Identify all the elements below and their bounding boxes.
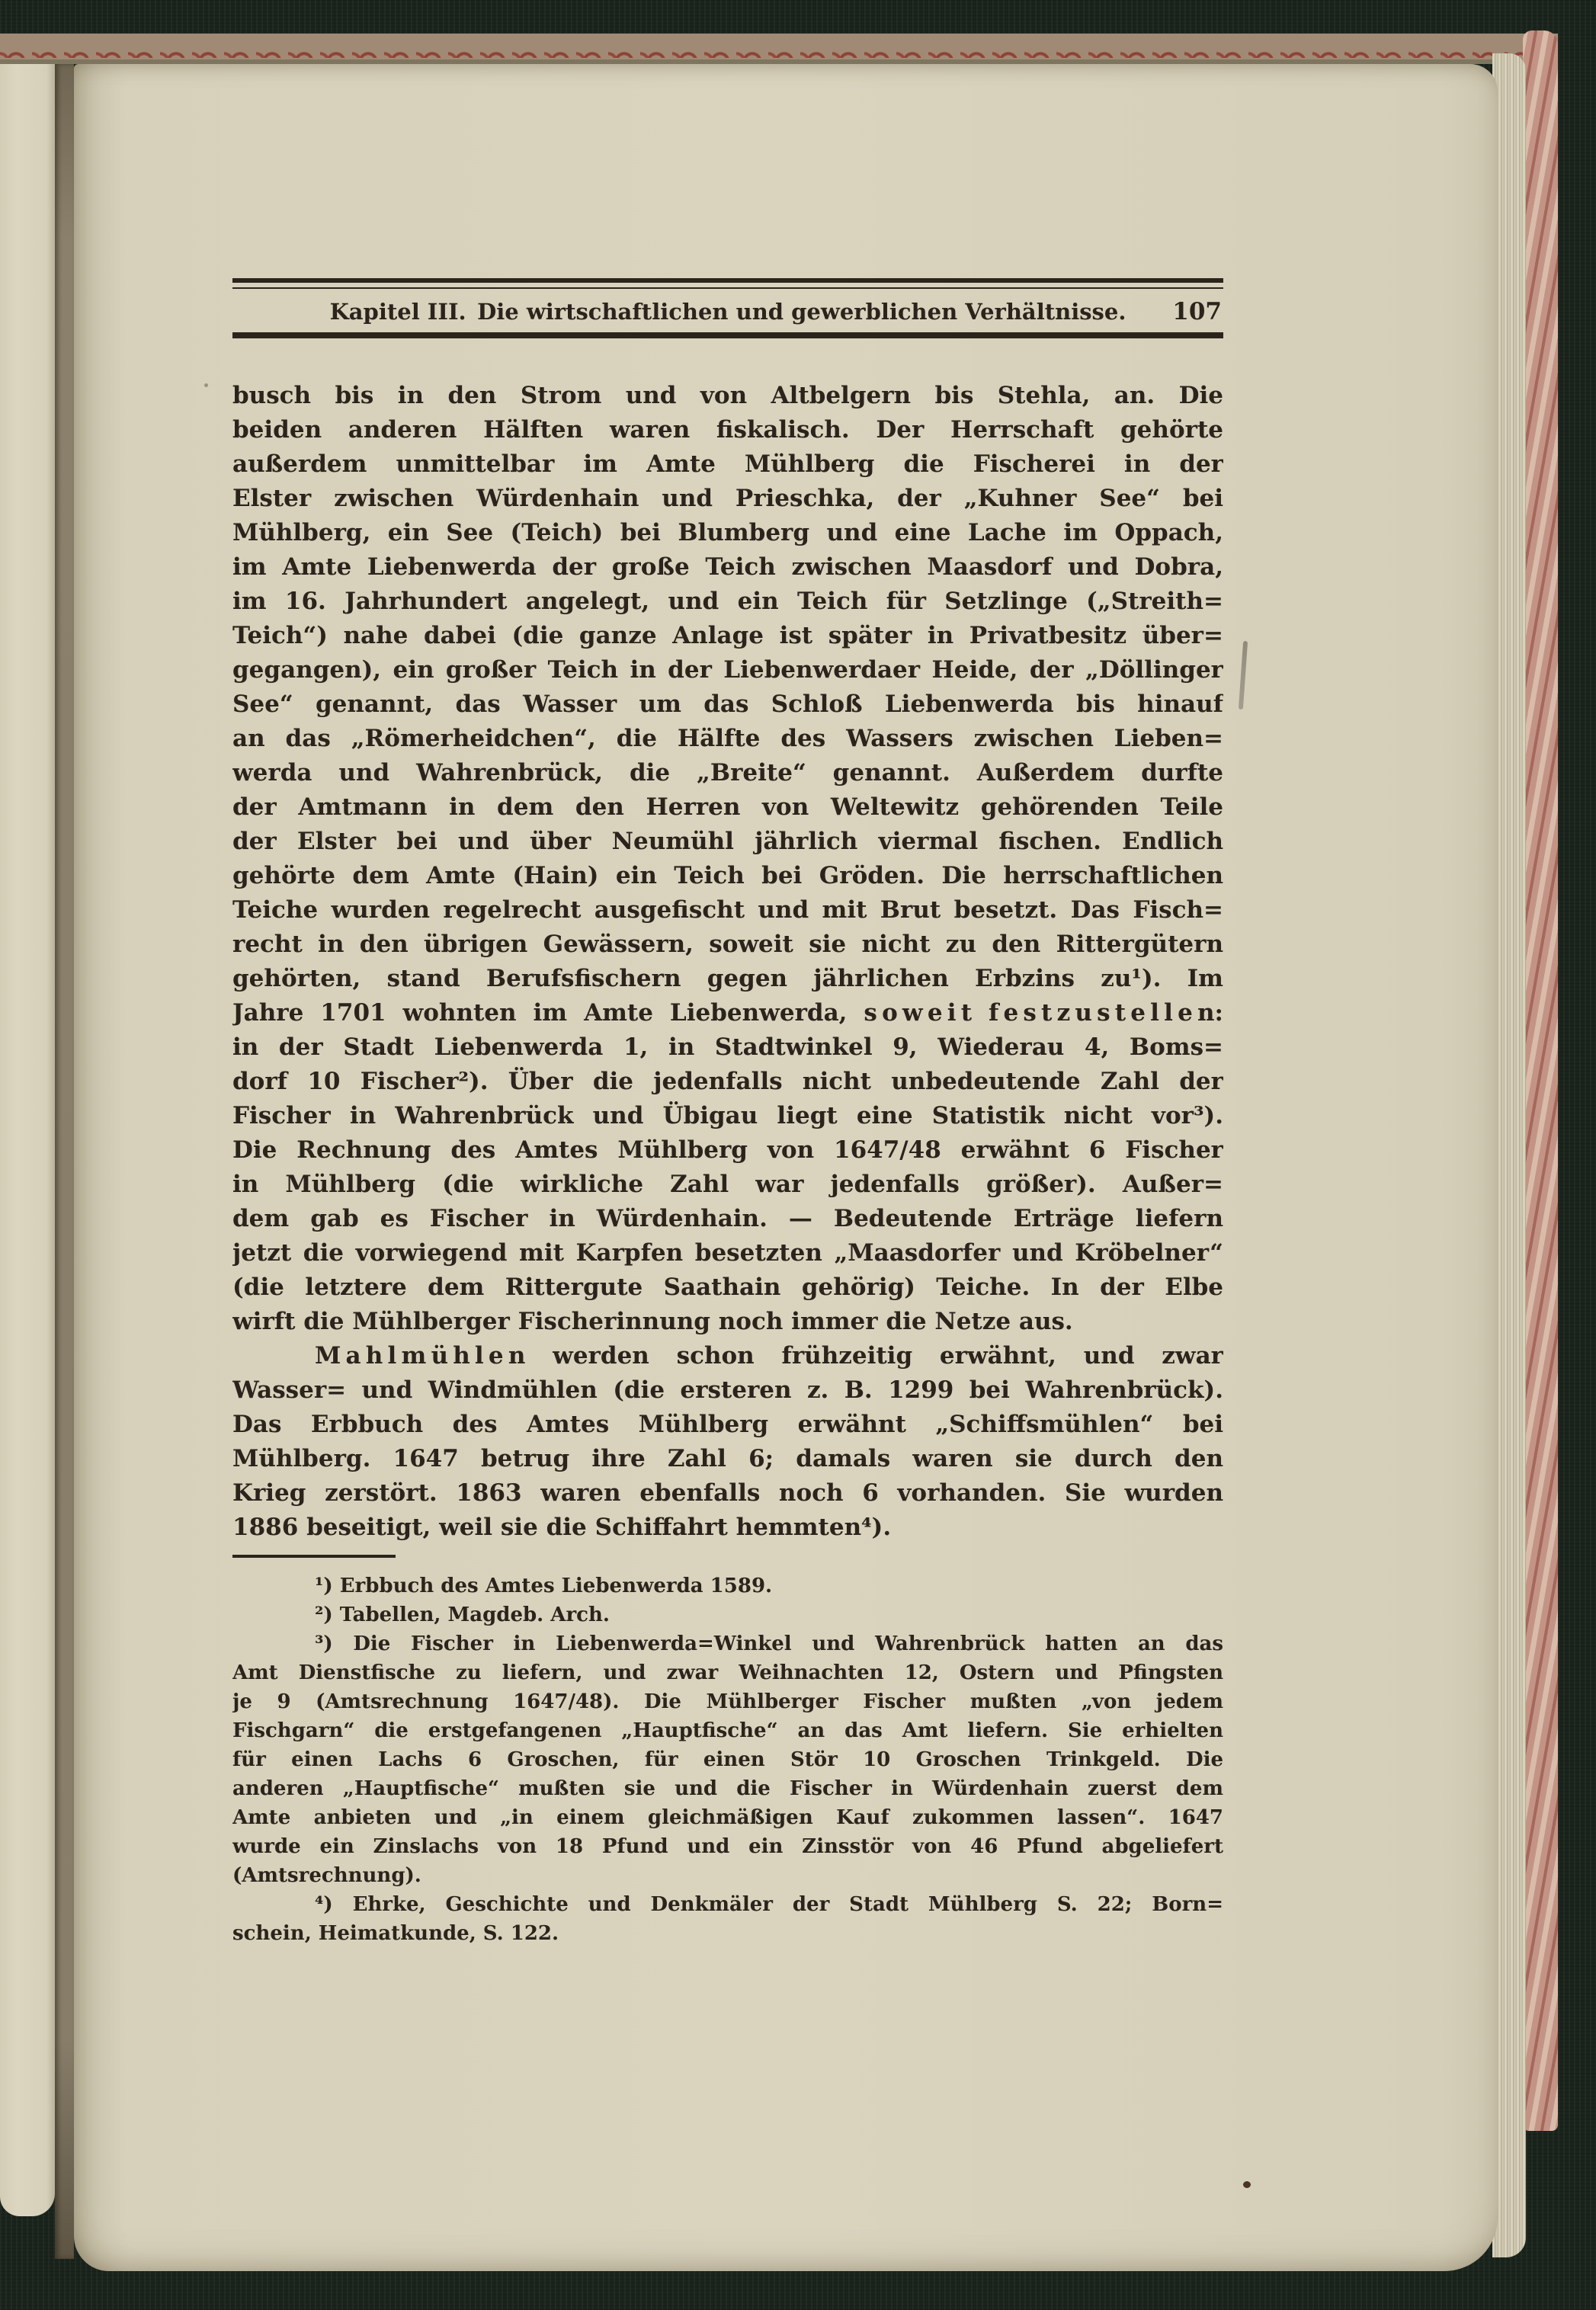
text-line: der Elster bei und über Neumühl jährlich… bbox=[232, 825, 1223, 859]
footnote-separator-rule bbox=[232, 1555, 396, 1558]
text-line: Krieg zerstört. 1863 waren ebenfalls noc… bbox=[232, 1476, 1223, 1511]
page-number: 107 bbox=[1172, 292, 1222, 332]
text-line: Das Erbbuch des Amtes Mühlberg erwähnt „… bbox=[232, 1408, 1223, 1442]
book-cover-right-edge bbox=[1523, 30, 1558, 2131]
text-line: (Amtsrechnung). bbox=[232, 1861, 1223, 1890]
text-line: beiden anderen Hälften waren fiskalisch.… bbox=[232, 413, 1223, 447]
text-line: außerdem unmittelbar im Amte Mühlberg di… bbox=[232, 447, 1223, 482]
text-line: ⁴) Ehrke, Geschichte und Denkmäler der S… bbox=[232, 1890, 1223, 1919]
text-line: je 9 (Amtsrechnung 1647/48). Die Mühlber… bbox=[232, 1687, 1223, 1716]
text-line: gehörte dem Amte (Hain) ein Teich bei Gr… bbox=[232, 859, 1223, 893]
paper-speck bbox=[204, 383, 208, 387]
text-line: der Amtmann in dem den Herren von Weltew… bbox=[232, 790, 1223, 825]
text-line: recht in den übrigen Gewässern, soweit s… bbox=[232, 928, 1223, 962]
text-line: für einen Lachs 6 Groschen, für einen St… bbox=[232, 1745, 1223, 1774]
gutter-shadow bbox=[55, 64, 74, 2259]
text-line: in Mühlberg (die wirkliche Zahl war jede… bbox=[232, 1168, 1223, 1202]
text-line: Teiche wurden regelrecht ausgefischt und… bbox=[232, 893, 1223, 928]
text-line: Mühlberg, ein See (Teich) bei Blumberg u… bbox=[232, 516, 1223, 550]
text-line: an das „Römerheidchen“, die Hälfte des W… bbox=[232, 722, 1223, 756]
text-line: (die letztere dem Rittergute Saathain ge… bbox=[232, 1270, 1223, 1305]
text-line: Fischer in Wahrenbrück und Übigau liegt … bbox=[232, 1099, 1223, 1133]
text-line: Fischgarn“ die erstgefangenen „Hauptfisc… bbox=[232, 1716, 1223, 1745]
facing-page-sliver bbox=[0, 64, 55, 2216]
text-line: wurde ein Zinslachs von 18 Pfund und ein… bbox=[232, 1832, 1223, 1861]
text-line: Jahre 1701 wohnten im Amte Liebenwerda, … bbox=[232, 996, 1223, 1030]
text-line: Wasser= und Windmühlen (die ersteren z. … bbox=[232, 1373, 1223, 1408]
book-scan: Kapitel III. Die wirtschaftlichen und ge… bbox=[0, 0, 1596, 2310]
header-rule-bottom bbox=[232, 332, 1223, 338]
header-rule-top-thick bbox=[232, 278, 1223, 283]
text-line: ¹) Erbbuch des Amtes Liebenwerda 1589. bbox=[232, 1572, 1223, 1600]
text-line: Teich“) nahe dabei (die ganze Anlage ist… bbox=[232, 619, 1223, 653]
text-line: 1886 beseitigt, weil sie die Schiffahrt … bbox=[232, 1511, 1223, 1545]
text-line: im 16. Jahrhundert angelegt, und ein Tei… bbox=[232, 585, 1223, 619]
text-line: Mühlberg. 1647 betrug ihre Zahl 6; damal… bbox=[232, 1442, 1223, 1476]
text-line: Amte anbieten und „in einem gleichmäßige… bbox=[232, 1803, 1223, 1832]
text-line: jetzt die vorwiegend mit Karpfen besetzt… bbox=[232, 1236, 1223, 1270]
book-page: Kapitel III. Die wirtschaftlichen und ge… bbox=[74, 64, 1498, 2271]
text-line: See“ genannt, das Wasser um das Schloß L… bbox=[232, 687, 1223, 722]
text-line: gegangen), ein großer Teich in der Liebe… bbox=[232, 653, 1223, 687]
text-line: Die Rechnung des Amtes Mühlberg von 1647… bbox=[232, 1133, 1223, 1168]
text-line: Amt Dienstfische zu liefern, und zwar We… bbox=[232, 1658, 1223, 1687]
text-line: ³) Die Fischer in Liebenwerda=Winkel und… bbox=[232, 1629, 1223, 1658]
text-line: ²) Tabellen, Magdeb. Arch. bbox=[232, 1600, 1223, 1629]
paper-speck bbox=[1243, 2181, 1251, 2188]
text-line: im Amte Liebenwerda der große Teich zwis… bbox=[232, 550, 1223, 585]
text-line: Elster zwischen Würdenhain und Prieschka… bbox=[232, 482, 1223, 516]
running-header: Kapitel III. Die wirtschaftlichen und ge… bbox=[232, 292, 1223, 332]
text-line: dorf 10 Fischer²). Über die jedenfalls n… bbox=[232, 1065, 1223, 1099]
book-cover-top-edge bbox=[0, 34, 1558, 64]
text-line: werda und Wahrenbrück, die „Breite“ gena… bbox=[232, 756, 1223, 790]
header-rule-top-thin bbox=[232, 287, 1223, 289]
text-line: dem gab es Fischer in Würdenhain. — Bede… bbox=[232, 1202, 1223, 1236]
text-line: gehörten, stand Berufsfischern gegen jäh… bbox=[232, 962, 1223, 996]
text-line: in der Stadt Liebenwerda 1, in Stadtwink… bbox=[232, 1030, 1223, 1065]
body-text: busch bis in den Strom und von Altbelger… bbox=[232, 379, 1223, 1545]
running-header-title: Kapitel III. Die wirtschaftlichen und ge… bbox=[330, 299, 1126, 325]
text-line: schein, Heimatkunde, S. 122. bbox=[232, 1919, 1223, 1948]
text-line: wirft die Mühlberger Fischerinnung noch … bbox=[232, 1305, 1223, 1339]
text-line: M a h l m ü h l e n werden schon frühzei… bbox=[232, 1339, 1223, 1373]
text-line: anderen „Hauptfische“ mußten sie und die… bbox=[232, 1774, 1223, 1803]
pencil-margin-mark bbox=[1239, 641, 1248, 710]
footnotes: ¹) Erbbuch des Amtes Liebenwerda 1589.²)… bbox=[232, 1572, 1223, 1948]
text-line: busch bis in den Strom und von Altbelger… bbox=[232, 379, 1223, 413]
